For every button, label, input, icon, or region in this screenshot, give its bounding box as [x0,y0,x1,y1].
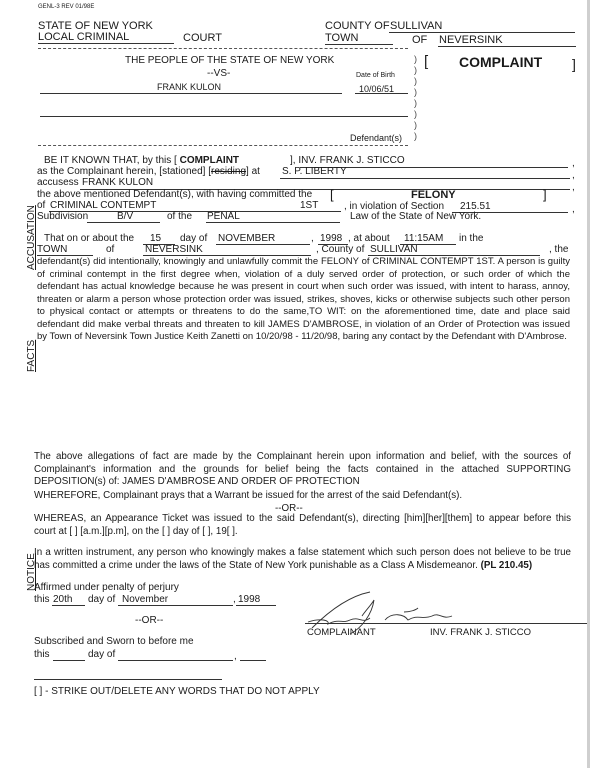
narrative: defendant(s) did intentionally, knowingl… [37,256,570,344]
whereas-text: WHEREAS, an Appearance Ticket was issued… [34,513,571,538]
notary-signature-line[interactable] [34,679,222,680]
caption-people: THE PEOPLE OF THE STATE OF NEW YORK [125,55,334,66]
complainant-name: ], INV. FRANK J. STICCO [290,155,405,166]
degree: 1ST [300,200,318,211]
allegations-text: The above allegations of fact are made b… [34,451,571,489]
sworn-year-field[interactable] [240,660,266,661]
complainant-label: COMPLAINANT [307,627,376,638]
doc-type-title: COMPLAINT [459,54,542,70]
footer-note: [ ] - STRIKE OUT/DELETE ANY WORDS THAT D… [34,686,320,697]
form-id: GENL-3 REV 01/98E [38,4,94,10]
defendants-label: Defendant(s) [350,133,402,143]
struck-residing: residing [211,166,246,177]
dob-label: Date of Birth [356,72,395,79]
stationed-line: as the Complainant herein, [stationed] [… [37,166,260,177]
notice-text: In a written instrument, any person who … [34,547,571,572]
known-line: BE IT KNOWN THAT, by this [ COMPLAINT [44,155,239,166]
crime-class: FELONY [411,189,456,201]
paren-column: )))))))) [414,54,417,142]
offense-county: SULLIVAN [370,244,418,255]
town-value: NEVERSINK [439,34,503,46]
doc-type-close: ] [572,56,576,72]
offense-month: NOVEMBER [218,233,275,244]
of-label: OF [412,34,427,46]
accuses-label: accusess [37,177,79,188]
town-label: TOWN [325,32,358,44]
complainant-printed-name: INV. FRANK J. STICCO [430,627,531,638]
subdivision: B/V [117,211,133,222]
sworn-day-field[interactable] [53,660,85,661]
affirmed-label: Affirmed under penalty of perjury [34,582,179,593]
offense-day: 15 [150,233,161,244]
county-label: COUNTY OF [325,20,390,32]
defendant-name: FRANK KULON [157,82,221,92]
court-type: LOCAL CRIMINAL [38,31,129,43]
sworn-label: Subscribed and Sworn to before me [34,636,194,647]
accusation-side-label: ACCUSATION [26,205,37,270]
municipality: NEVERSINK [145,244,203,255]
court-label: COURT [183,32,222,44]
facts-side-label: FACTS [26,340,37,372]
station-value: S. P. LIBERTY [282,166,347,177]
county-value: SULLIVAN [390,20,442,32]
doc-type-open: [ [424,53,428,70]
affirm-day: 20th [53,594,72,605]
caption-vs: --VS- [207,68,230,79]
affirm-year: 1998 [238,594,260,605]
affirm-month: November [122,594,168,605]
sworn-month-field[interactable] [118,660,233,661]
offense: CRIMINAL CONTEMPT [50,200,156,211]
or-divider-2: --OR-- [135,615,163,626]
law-name: PENAL [207,211,240,222]
offense-time: 11:15AM [404,233,443,244]
known-doc: COMPLAINT [180,155,239,166]
offense-year: 1998 [320,233,342,244]
accused-name: FRANK KULON [82,177,153,188]
notice-citation: (PL 210.45) [481,560,533,571]
complainant-signature-line[interactable] [305,623,587,624]
municipality-type: TOWN [37,244,67,255]
committed-line: the above mentioned Defendant(s), with h… [37,189,312,200]
wherefore-text: WHEREFORE, Complainant prays that a Warr… [34,490,462,501]
